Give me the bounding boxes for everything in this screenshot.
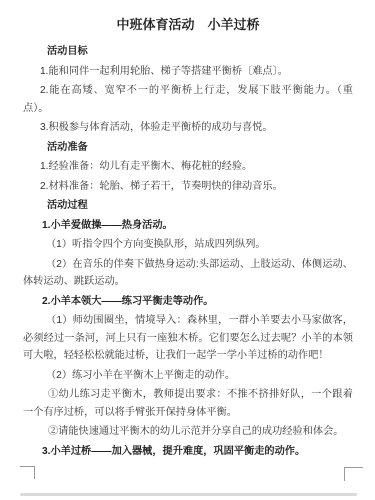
- process-step-2-substep-2: （2）练习小羊在平衡木上平衡走的动作。: [23, 367, 353, 385]
- process-step-1-substep-1: （1）听指令四个方向变换队形，站成四列纵列。: [23, 236, 353, 254]
- process-step-2-substep-1: （1）师幼围圈坐，情境导入：森林里，一群小羊要去小马家做客，必须经过一条河，河上…: [23, 312, 353, 365]
- goal-item-2: 2.能在高矮、宽窄不一的平衡桥上行走，发展下肢平衡能力。（重点）。: [23, 82, 353, 117]
- doc-title: 中班体育活动 小羊过桥: [23, 16, 353, 34]
- prep-item-1: 1.经验准备：幼儿有走平衡木、梅花桩的经验。: [23, 158, 353, 176]
- goal-item-1: 1.能和同伴一起利用轮胎、梯子等搭建平衡桥〔难点〕。: [23, 63, 353, 81]
- goal-item-3: 3.积极参与体育活动，体验走平衡桥的成功与喜悦。: [23, 119, 353, 137]
- process-step-2-title: 2.小羊本领大——练习平衡走等动作。: [23, 293, 353, 311]
- crop-mark-right: [344, 467, 363, 481]
- document-page: 中班体育活动 小羊过桥 活动目标 1.能和同伴一起利用轮胎、梯子等搭建平衡桥〔难…: [0, 0, 375, 500]
- page-bottom-edge: [20, 493, 357, 496]
- crop-mark-left: [20, 466, 35, 479]
- process-step-1-substep-2: （2）在音乐的伴奏下做热身运动:头部运动、上肢运动、体侧运动、体转运动、跳跃运动…: [23, 256, 353, 291]
- prep-item-2: 2.材料准备：轮胎、梯子若干，节奏明快的律动音乐。: [23, 178, 353, 196]
- process-step-2-detail-2: ②请能快速通过平衡木的幼儿示范并分享自己的成功经验和体会。: [23, 423, 353, 441]
- section-heading-preparation: 活动准备: [23, 139, 353, 157]
- process-step-3-title: 3.小羊过桥——加入器械，提升难度，巩固平衡走的动作。: [23, 443, 353, 461]
- process-step-1-title: 1.小羊爱做操——热身活动。: [23, 217, 353, 235]
- section-heading-process: 活动过程: [23, 197, 353, 215]
- section-heading-goals: 活动目标: [23, 43, 353, 61]
- process-step-2-detail-1: ①幼儿练习走平衡木，教师提出要求：不推不挤排好队，一个跟着一个有序过桥，可以将手…: [23, 386, 353, 421]
